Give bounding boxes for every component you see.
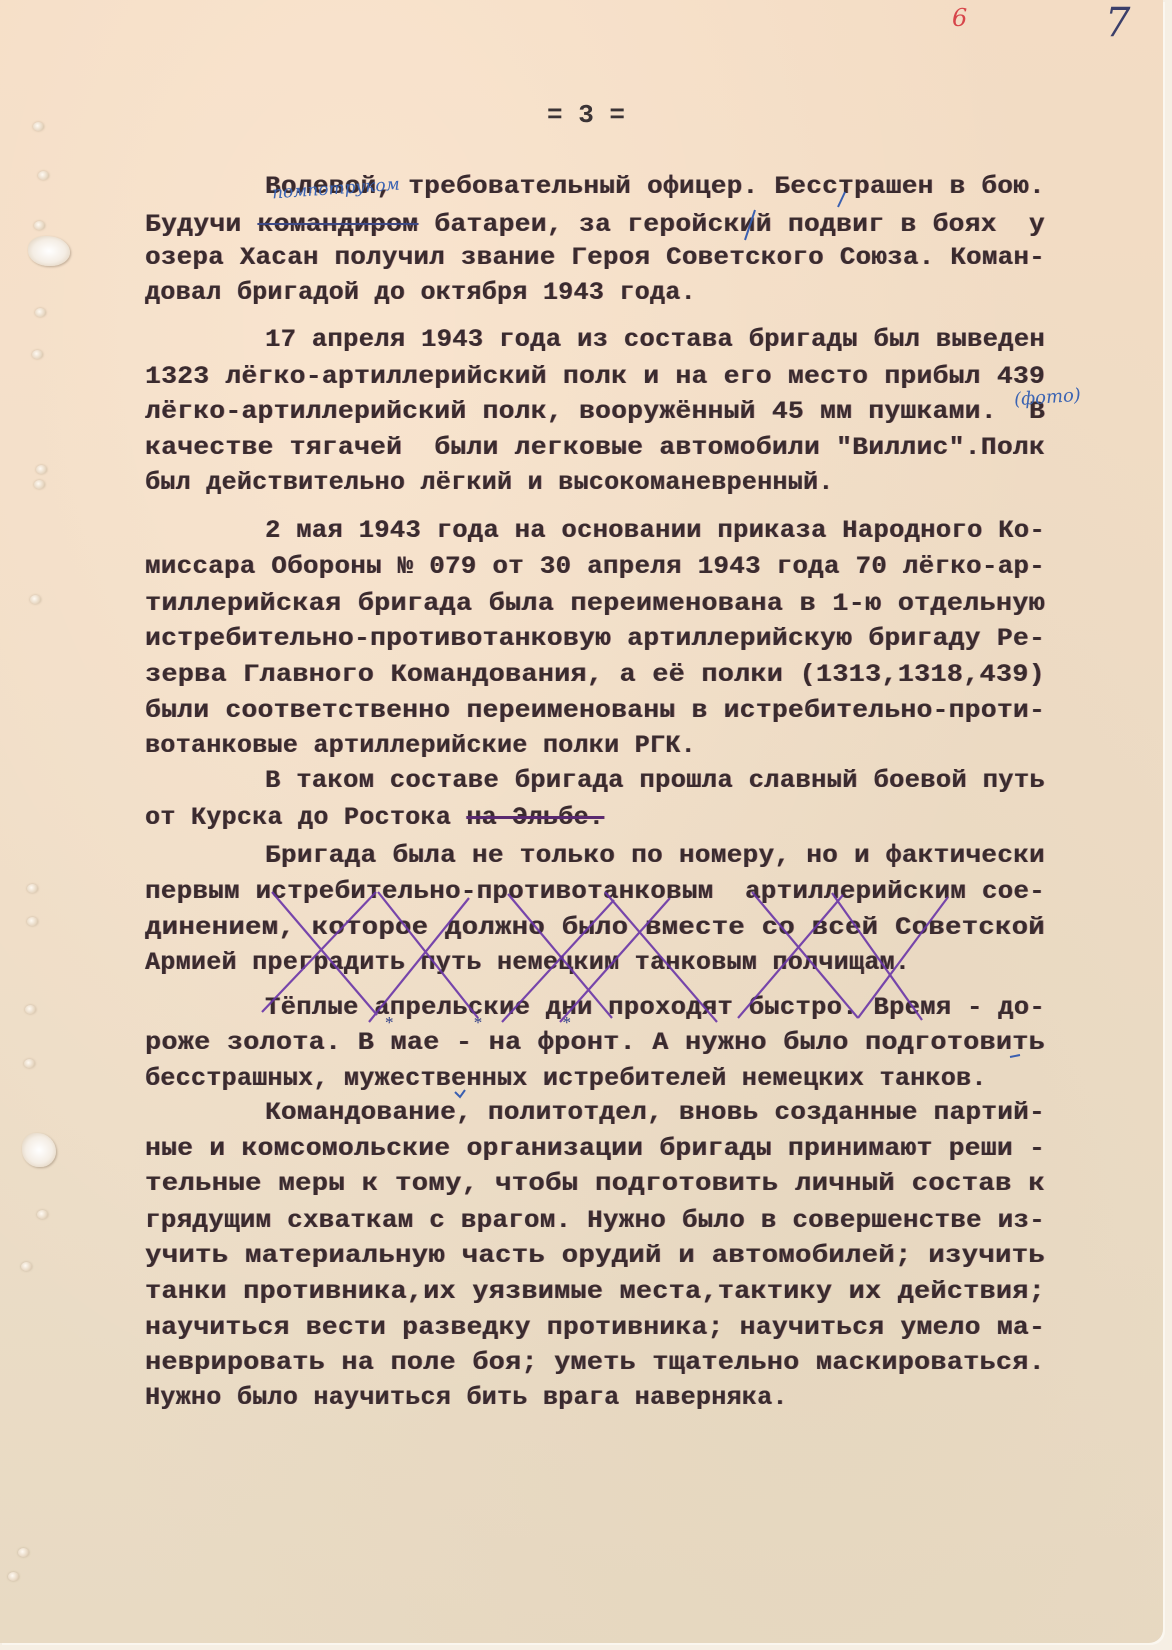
text-line: миссара Обороны № 079 от 30 апреля 1943 … xyxy=(145,552,1045,581)
punch-hole xyxy=(34,221,45,230)
text-segment: Будучи xyxy=(145,210,258,239)
separator-stars: * * * xyxy=(385,1013,609,1033)
text-line: вотанковые артиллерийские полки РГК. xyxy=(145,731,696,760)
text-line: качестве тягачей были легковые автомобил… xyxy=(145,433,1045,462)
text-line: истребительно-противотанковую артиллерий… xyxy=(145,624,1045,653)
text-line: зерва Главного Командования, а её полки … xyxy=(145,660,1045,689)
crossed-out-line: Бригада была не только по номеру, но и ф… xyxy=(265,841,1045,870)
document-page: 6 7 = 3 = Волевой, требовательный офицер… xyxy=(0,0,1163,1643)
punch-hole xyxy=(36,465,47,474)
text-line: грядущим схваткам с врагом. Нужно было в… xyxy=(145,1206,1045,1235)
text-line: Будучи командиром батареи, за геройский … xyxy=(145,210,1045,239)
punch-hole xyxy=(24,1059,35,1068)
text-line: ные и комсомольские организации бригады … xyxy=(145,1134,1045,1163)
text-line: был действительно лёгкий и высокоманевре… xyxy=(145,468,834,497)
text-line: довал бригадой до октября 1943 года. xyxy=(145,278,696,307)
punch-hole xyxy=(27,917,38,926)
text-line: лёгко-артиллерийский полк, вооружённый 4… xyxy=(145,397,1045,426)
text-line: научиться вести разведку противника; нау… xyxy=(145,1313,1045,1342)
text-line: танки противника,их уязвимые места,такти… xyxy=(145,1277,1045,1306)
text-line: 2 мая 1943 года на основании приказа Нар… xyxy=(265,516,1045,545)
punch-hole xyxy=(38,171,49,180)
text-line: были соответственно переименованы в истр… xyxy=(145,696,1045,725)
crossed-out-line: динением, которое должно было вместе со … xyxy=(145,913,1045,942)
text-line: тельные меры к тому, чтобы подготовить л… xyxy=(145,1169,1045,1198)
text-segment: батареи, за геройский подвиг в боях у xyxy=(418,210,1045,239)
crossed-out-line: Армией преградить путь немецким танковым… xyxy=(145,948,910,977)
text-segment: от Курска до Ростока xyxy=(145,803,466,832)
punch-hole xyxy=(27,884,38,893)
punch-hole xyxy=(25,1005,36,1014)
punch-hole xyxy=(37,1210,48,1219)
paper-tear xyxy=(28,236,70,266)
punch-hole xyxy=(8,1572,19,1581)
archive-sheet-number-red: 6 xyxy=(952,4,967,32)
text-line: озера Хасан получил звание Героя Советск… xyxy=(145,243,1045,272)
text-line: Тёплые апрельские дни проходят быстро. В… xyxy=(265,993,1045,1022)
crossed-out-line: первым истребительно-противотанковым арт… xyxy=(145,877,1045,906)
text-line: Командование, политотдел, вновь созданны… xyxy=(265,1098,1045,1127)
text-line: от Курска до Ростока на Эльбе. xyxy=(145,803,604,832)
punch-hole xyxy=(18,1548,29,1557)
punch-hole xyxy=(34,480,45,489)
text-line: 17 апреля 1943 года из состава бригады б… xyxy=(265,325,1045,354)
struck-text: на Эльбе. xyxy=(466,803,604,832)
text-line: Нужно было научиться бить врага наверняк… xyxy=(145,1383,788,1412)
text-line: неврировать на поле боя; уметь тщательно… xyxy=(145,1348,1045,1377)
text-line: учить материальную часть орудий и автомо… xyxy=(145,1241,1045,1270)
handwritten-photo-note: (фото) xyxy=(1013,385,1081,411)
struck-text: командиром xyxy=(258,210,419,239)
text-line: В таком составе бригада прошла славный б… xyxy=(265,766,1045,795)
punch-hole xyxy=(21,1262,32,1271)
page-number: = 3 = xyxy=(0,100,1172,130)
text-line: бесстрашных, мужественных истребителей н… xyxy=(145,1064,987,1093)
text-line: тиллерийская бригада была переименована … xyxy=(145,589,1045,618)
text-line: 1323 лёгко-артиллерийский полк и на его … xyxy=(145,362,1045,391)
archive-sheet-number: 7 xyxy=(1105,0,1130,46)
punch-hole xyxy=(30,595,41,604)
punch-hole xyxy=(35,308,46,317)
paper-tear xyxy=(22,1133,56,1167)
punch-hole xyxy=(32,350,43,359)
